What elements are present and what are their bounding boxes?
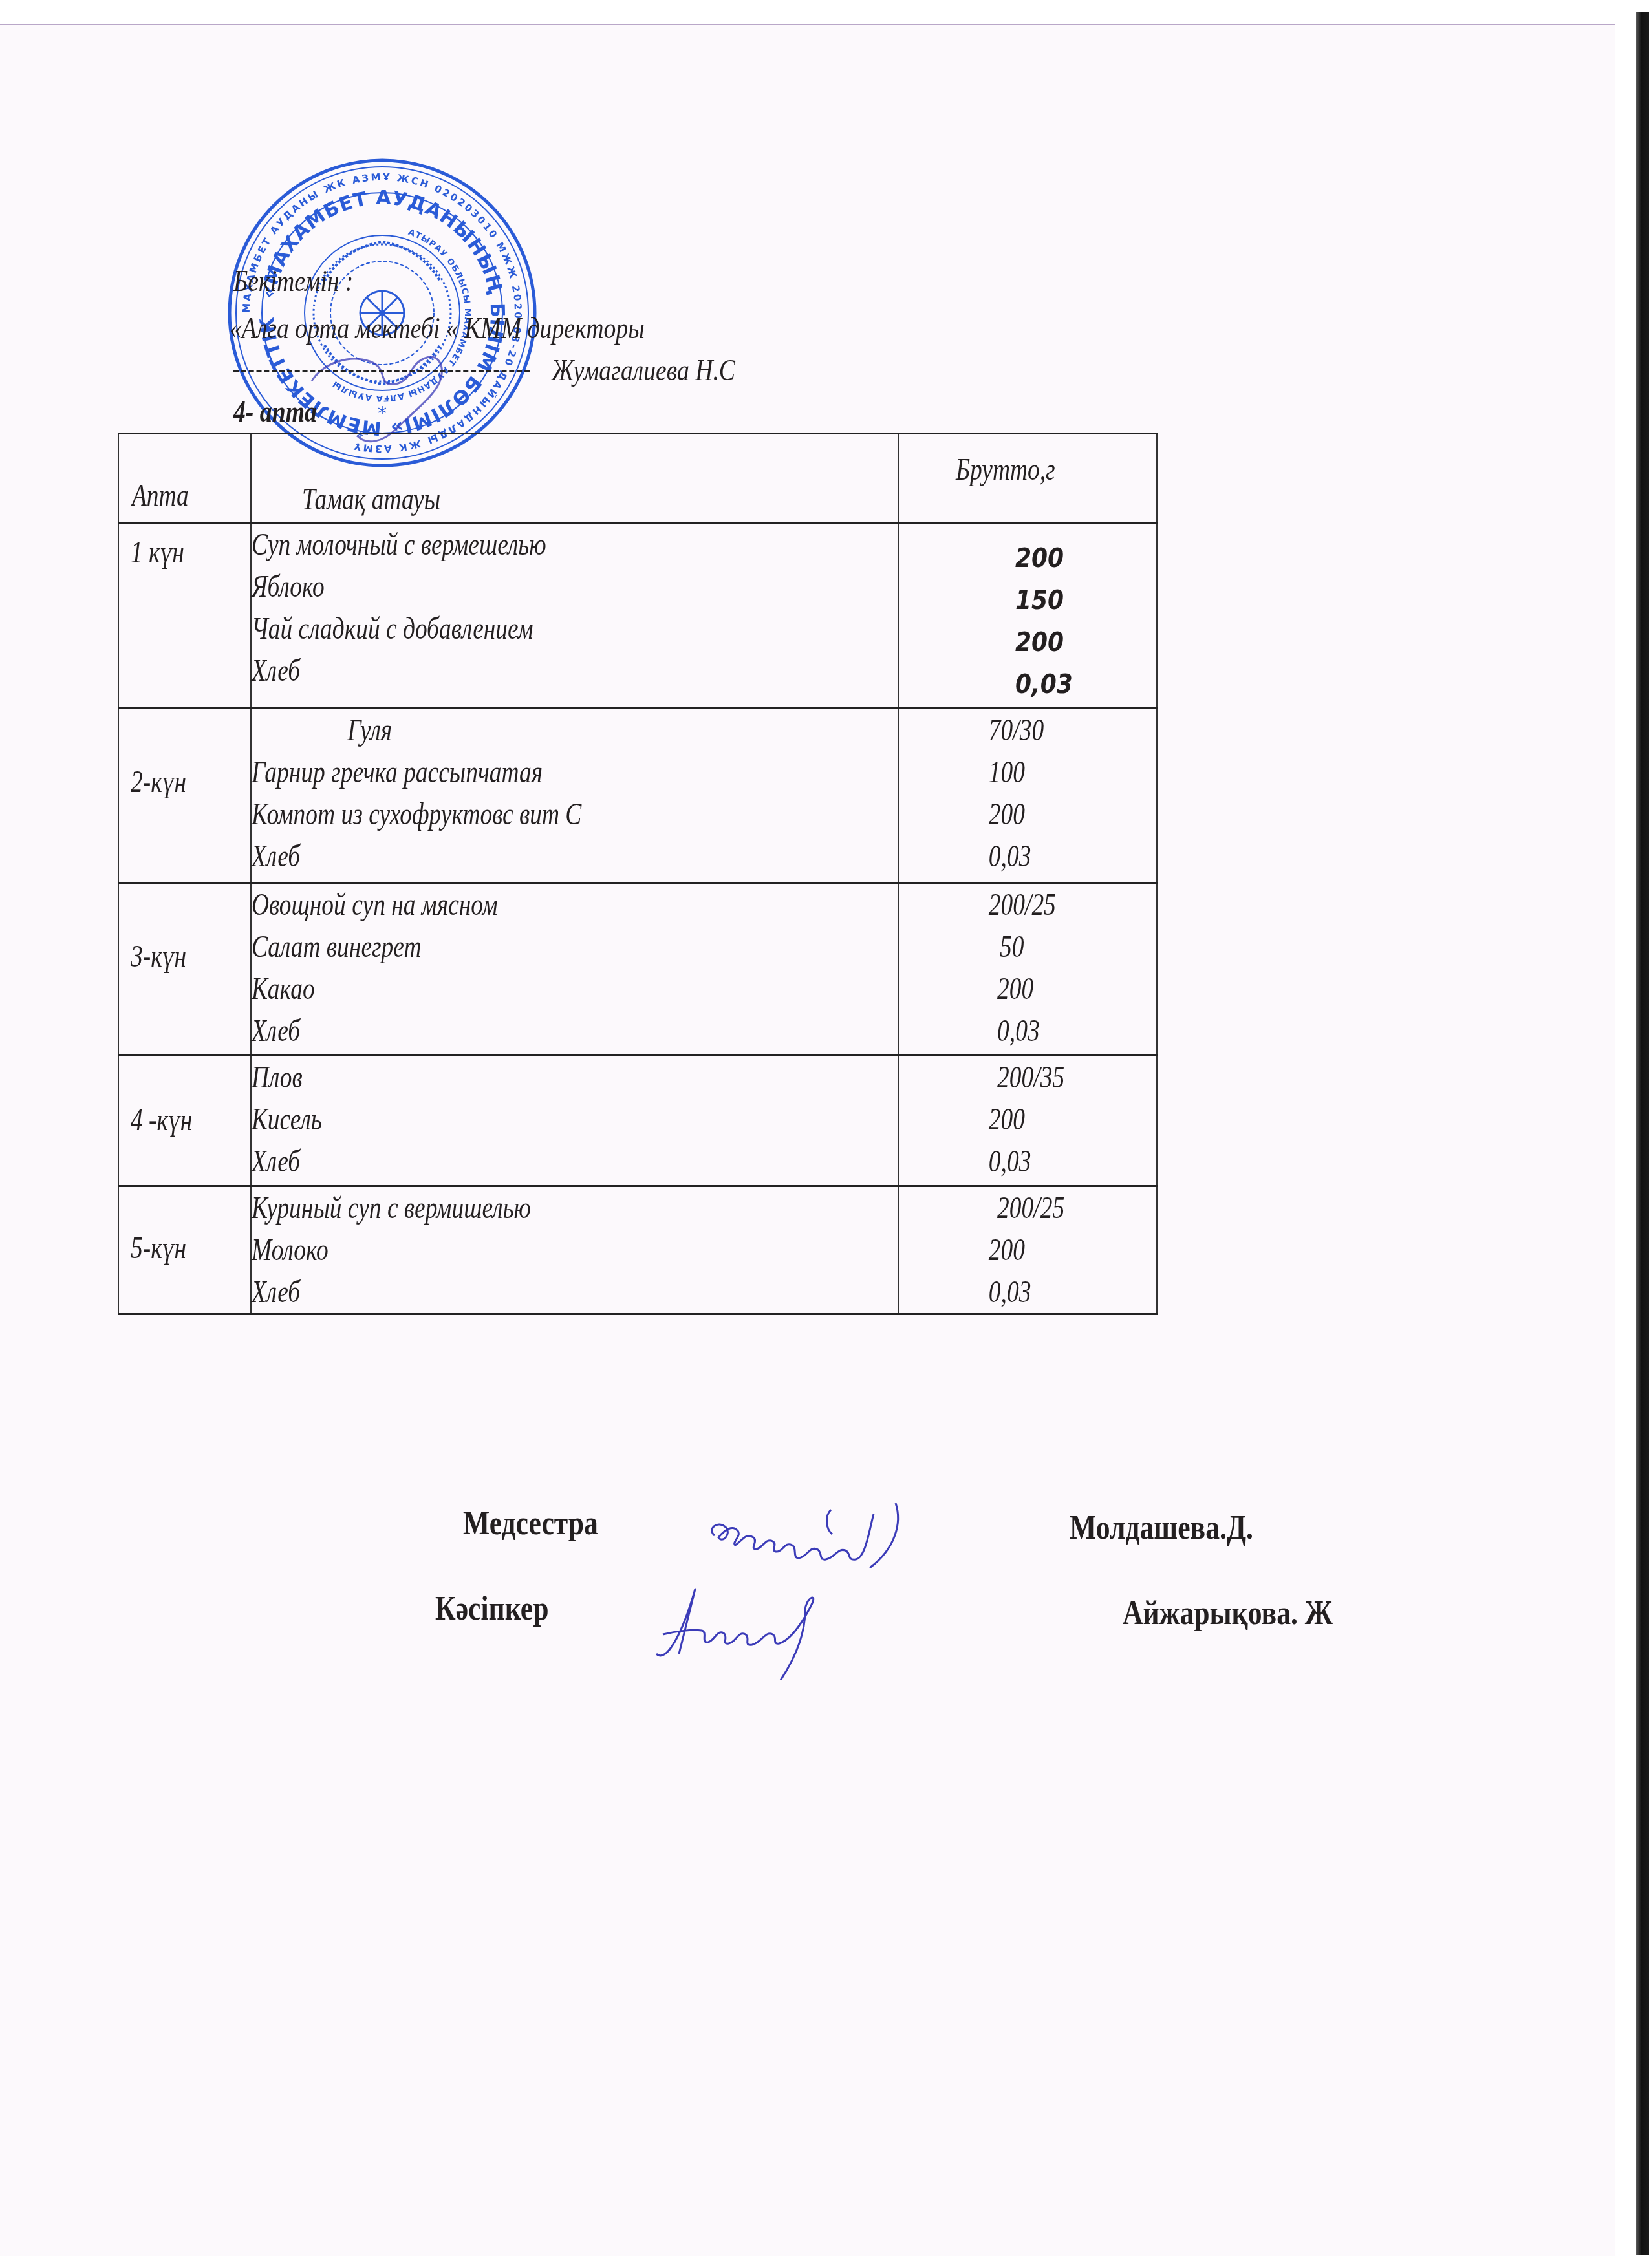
day-label: 3-күн (131, 936, 186, 978)
gross-value: 50 (899, 926, 1099, 968)
menu-table: Апта Тамақ атауы Брутто,г 1 күн Суп моло… (118, 433, 1158, 1315)
gross-value: 70/30 (899, 709, 1099, 751)
gross-value: 200/25 (899, 1187, 1099, 1229)
dish-name: Хлеб (252, 1271, 756, 1313)
table-row-day-5: 5-күн Куриный суп с вермишелью Молоко Хл… (118, 1186, 1157, 1314)
day-cell: 3-күн (118, 883, 251, 1056)
signature-role-entrepreneur: Кәсіпкер (435, 1592, 549, 1626)
header-gross-label: Брутто,г (956, 449, 1055, 491)
gross-list: 70/30 100 200 0,03 (898, 709, 1157, 883)
day-label: 5-күн (131, 1227, 186, 1269)
table-row-day-3: 3-күн Овощной суп на мясном Салат винегр… (118, 883, 1157, 1056)
gross-value: 0,03 (899, 1010, 1099, 1052)
header-week: Апта (118, 434, 251, 523)
gross-value: 100 (899, 751, 1099, 793)
dish-name: Кисель (252, 1098, 756, 1140)
dish-name: Какао (252, 968, 756, 1010)
dish-list: Овощной суп на мясном Салат винегрет Как… (251, 883, 899, 1056)
gross-value: 200/35 (899, 1056, 1099, 1098)
dish-list: Суп молочный с вермешелью Яблоко Чай сла… (251, 523, 899, 709)
approval-title: Бекітемін : (233, 266, 353, 296)
nurse-signature (702, 1497, 934, 1574)
gross-value: 0,03 (899, 1271, 1099, 1313)
dish-list: Куриный суп с вермишелью Молоко Хлеб (251, 1186, 899, 1314)
dish-name: Хлеб (252, 835, 756, 877)
svg-text:*: * (378, 403, 387, 424)
header-week-label: Апта (132, 475, 189, 517)
approval-organization: «Алга орта мектебі « КММ директоры (230, 314, 645, 343)
dish-name: Овощной суп на мясном (252, 884, 756, 926)
gross-value: 200/25 (899, 884, 1099, 926)
dish-name: Хлеб (252, 650, 756, 692)
gross-list: 200 150 200 0,03 (898, 523, 1157, 709)
director-name: Жумагалиева Н.С (552, 356, 735, 385)
day-cell: 1 күн (118, 523, 251, 709)
gross-list: 200/25 50 200 0,03 (898, 883, 1157, 1056)
dish-name: Компот из сухофруктовс вит С (252, 793, 756, 835)
table-row-day-2: 2-күн Гуля Гарнир гречка рассыпчатая Ком… (118, 709, 1157, 883)
gross-value: 200 (899, 538, 1130, 580)
director-signature-line (233, 370, 530, 372)
gross-value: 0,03 (899, 1140, 1099, 1182)
dish-name: Салат винегрет (252, 926, 756, 968)
day-cell: 2-күн (118, 709, 251, 883)
dish-list: Гуля Гарнир гречка рассыпчатая Компот из… (251, 709, 899, 883)
signature-name-entrepreneur: Айжарықова. Ж (1123, 1597, 1333, 1631)
gross-list: 200/35 200 0,03 (898, 1056, 1157, 1186)
header-dish: Тамақ атауы (251, 434, 899, 523)
header-gross: Брутто,г (898, 434, 1157, 523)
table-row-day-1: 1 күн Суп молочный с вермешелью Яблоко Ч… (118, 523, 1157, 709)
gross-value: 0,03 (899, 664, 1130, 706)
table-header-row: Апта Тамақ атауы Брутто,г (118, 434, 1157, 523)
gross-value: 150 (899, 580, 1130, 622)
dish-name: Плов (252, 1056, 756, 1098)
day-label: 4 -күн (131, 1099, 192, 1141)
dish-name: Чай сладкий с добавлением (252, 608, 756, 650)
gross-value: 200 (899, 968, 1099, 1010)
gross-value: 0,03 (899, 835, 1099, 877)
dish-name: Хлеб (252, 1140, 756, 1182)
scanner-edge (1636, 12, 1649, 2255)
header-dish-label: Тамақ атауы (302, 478, 440, 520)
dish-name: Гуля (252, 709, 756, 751)
gross-value: 200 (899, 1098, 1099, 1140)
dish-name: Гарнир гречка рассыпчатая (252, 751, 756, 793)
week-label: 4- апта (233, 397, 317, 427)
table-row-day-4: 4 -күн Плов Кисель Хлеб 200/35 200 0,03 (118, 1056, 1157, 1186)
day-cell: 4 -күн (118, 1056, 251, 1186)
day-label: 1 күн (131, 531, 184, 573)
signature-role-nurse: Медсестра (463, 1507, 598, 1541)
gross-list: 200/25 200 0,03 (898, 1186, 1157, 1314)
entrepreneur-signature (650, 1583, 870, 1680)
signature-name-nurse: Молдашева.Д. (1070, 1512, 1253, 1545)
dish-name: Хлеб (252, 1010, 756, 1052)
gross-value: 200 (899, 622, 1130, 664)
gross-value: 200 (899, 793, 1099, 835)
dish-name: Куриный суп с вермишелью (252, 1187, 756, 1229)
day-label: 2-күн (131, 761, 186, 803)
dish-name: Яблоко (252, 566, 756, 608)
dish-list: Плов Кисель Хлеб (251, 1056, 899, 1186)
gross-value: 200 (899, 1229, 1099, 1271)
day-cell: 5-күн (118, 1186, 251, 1314)
dish-name: Молоко (252, 1229, 756, 1271)
dish-name: Суп молочный с вермешелью (252, 524, 756, 566)
